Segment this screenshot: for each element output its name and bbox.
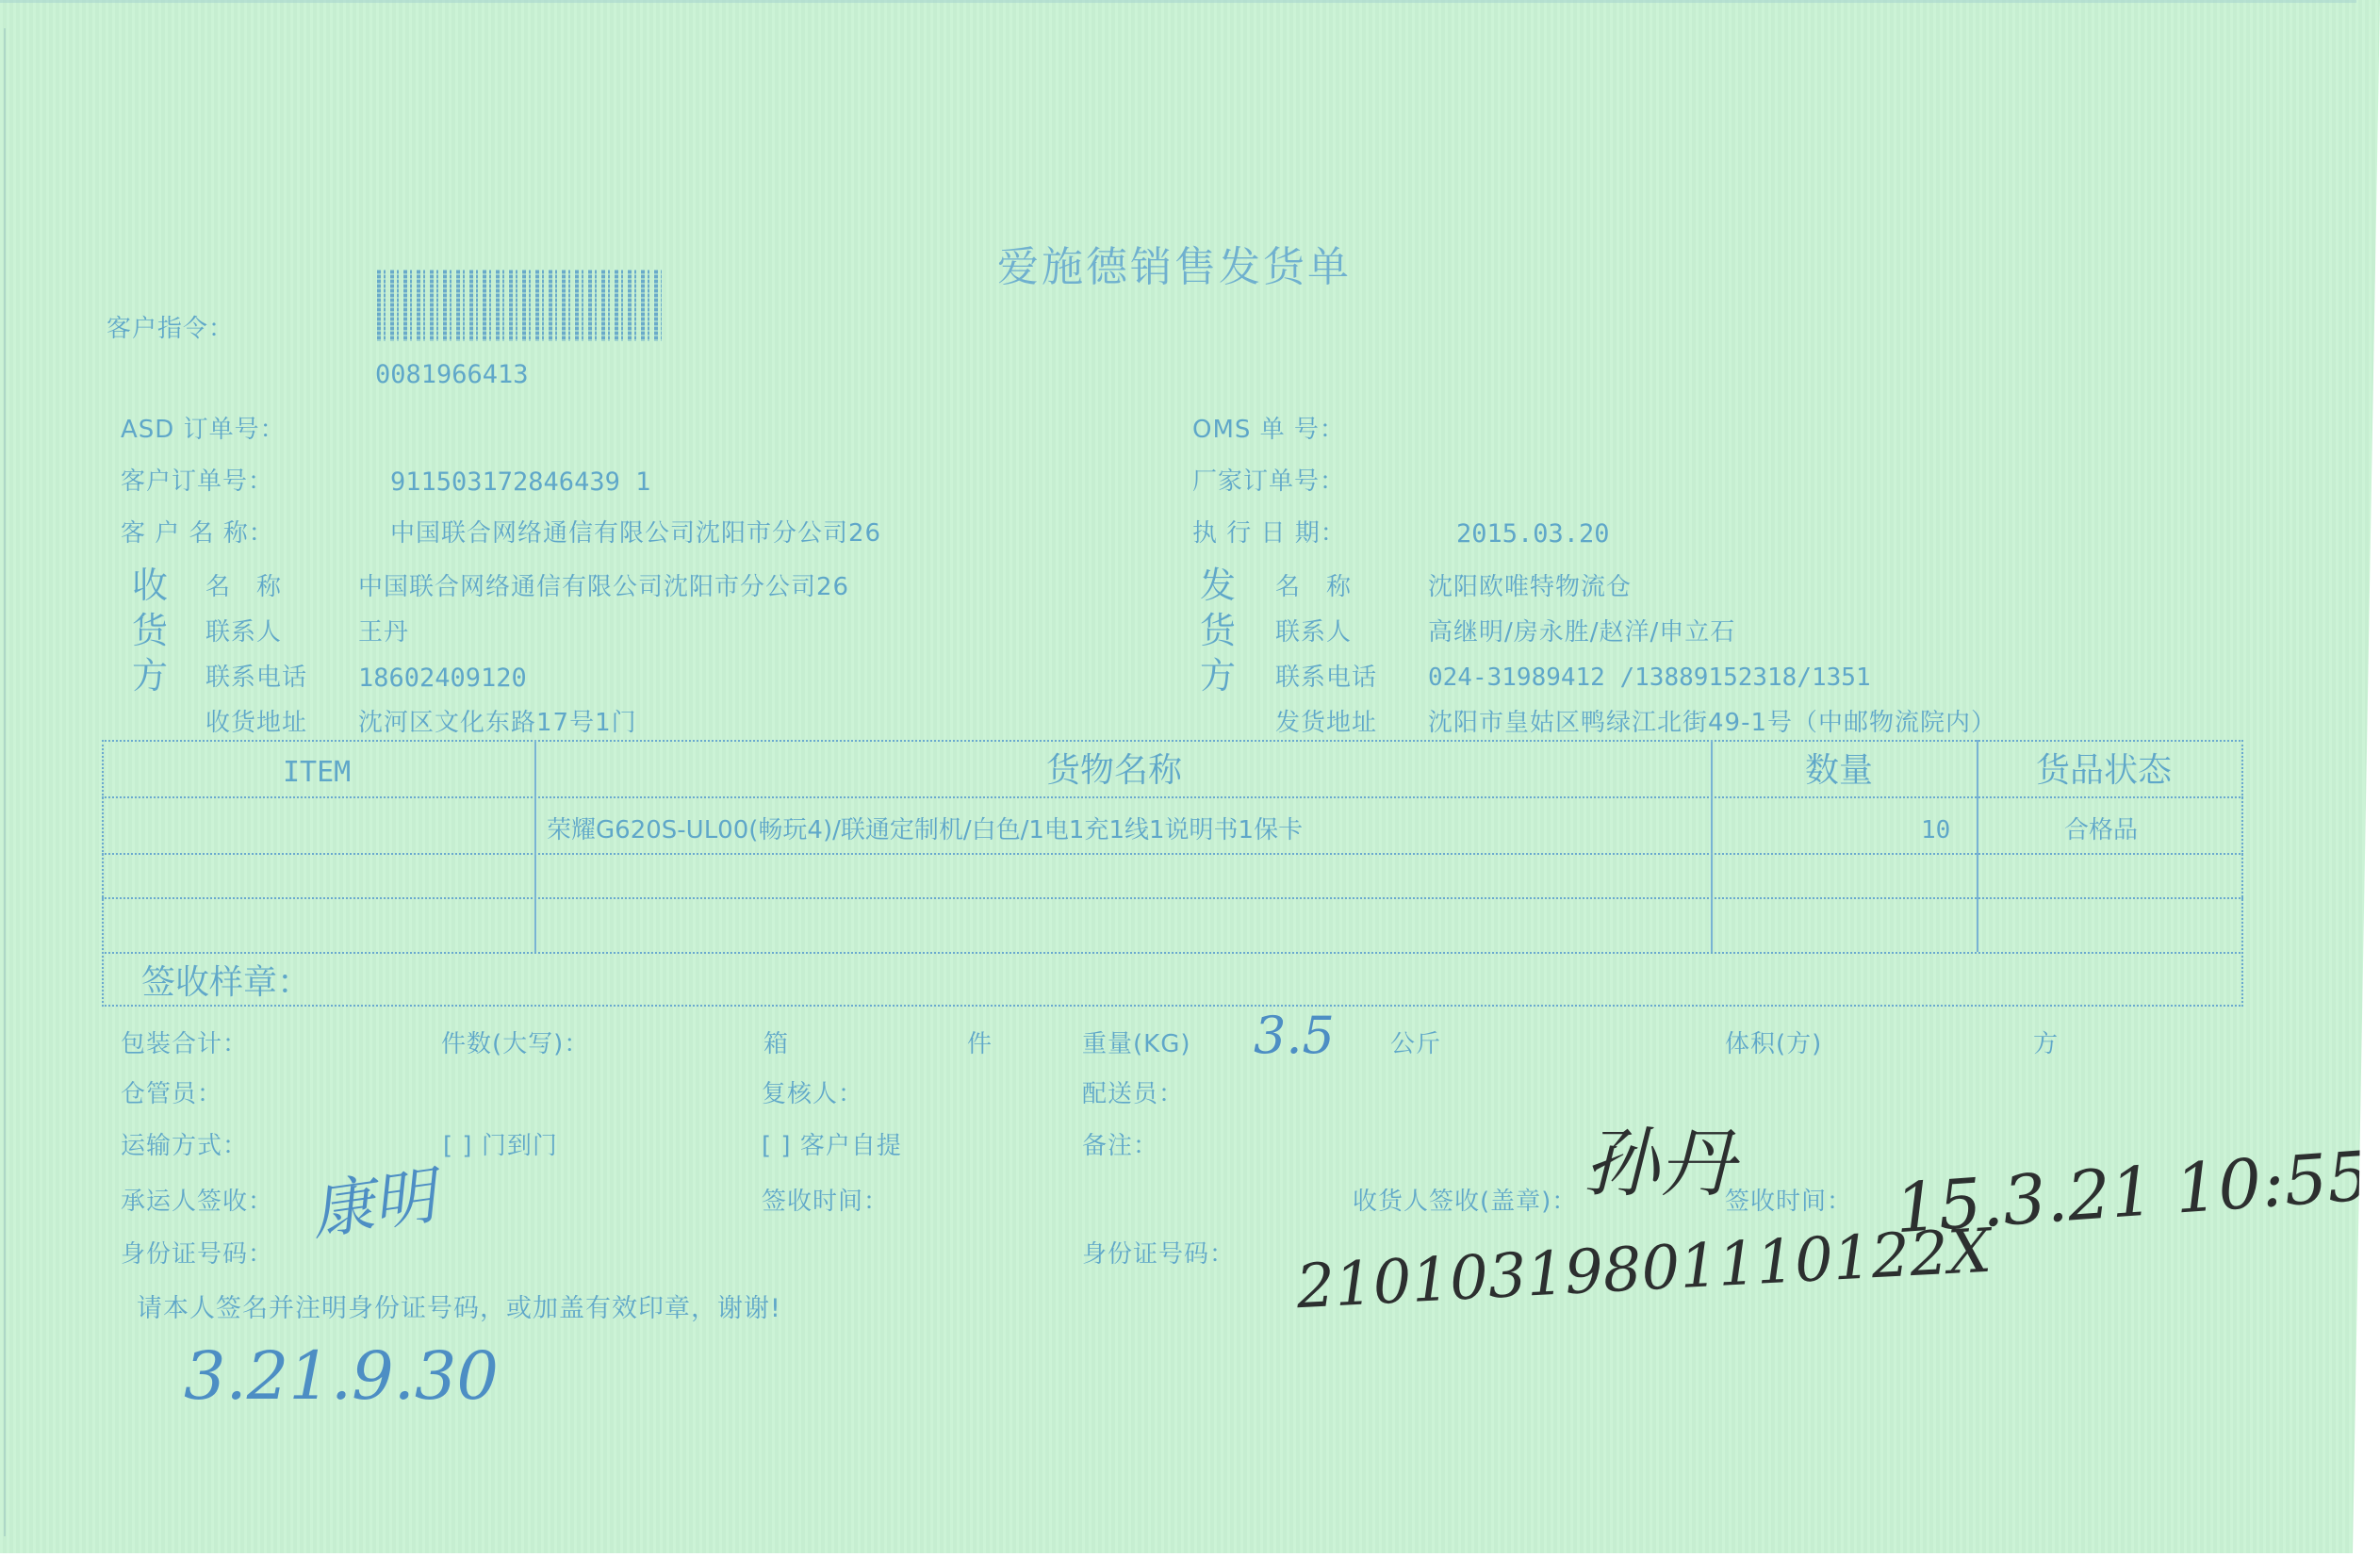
status-cell: 合格品 [2064,818,2138,843]
sender-side-char: 货 [1200,613,1237,648]
table-col-rule [1977,740,1978,952]
receiver-id-label: 身份证号码： [1082,1242,1235,1267]
sender-side-char: 方 [1200,658,1237,694]
reviewer-label: 复核人： [762,1082,863,1106]
carrier-sign-label: 承运人签收： [121,1189,273,1214]
sender-name-label: 名 称 [1275,575,1352,599]
table-col-rule [534,740,536,952]
warehouse-keeper-label: 仓管员： [121,1082,222,1106]
transport-option-self-pickup[interactable]: [ ] 客户自提 [762,1134,902,1158]
sender-contact-label: 联系人 [1275,620,1352,645]
customer-name-label: 客 户 名 称： [121,521,274,546]
sender-phone-value: 024-31989412 /13889152318/1351 [1428,665,1871,690]
box-label: 箱 [763,1032,789,1057]
table-rule [102,853,2243,855]
pieces-upper-label: 件数(大写)： [441,1032,589,1057]
sender-side-char: 发 [1200,567,1237,603]
table-rule [102,897,2243,899]
receiver-phone-label: 联系电话 [205,665,307,690]
transport-option-door-to-door[interactable]: [ ] 门到门 [443,1134,558,1158]
customer-order-label: 客户订单号： [121,469,273,494]
receiver-name-value: 中国联合网络通信有限公司沈阳市分公司26 [358,575,849,599]
paper-edge [0,0,2356,3]
package-total-label: 包装合计： [121,1032,248,1057]
customer-name-value: 中国联合网络通信有限公司沈阳市分公司26 [390,521,881,546]
sender-name-value: 沈阳欧唯特物流仓 [1428,575,1632,599]
carrier-time-label: 签收时间： [762,1189,889,1214]
sender-contact-value: 高继明/房永胜/赵洋/申立石 [1428,620,1735,645]
receiver-side-char: 方 [132,658,169,694]
receiver-side-char: 货 [132,613,169,648]
receiver-address-value: 沈河区文化东路17号1门 [358,711,637,735]
table-rule [102,952,2243,954]
carrier-signature: 康明 [307,1165,439,1244]
weight-label: 重量(KG) [1082,1032,1191,1057]
receiver-side-char: 收 [132,567,169,603]
table-header-status: 货品状态 [2036,754,2172,788]
barcode-icon [377,270,662,341]
table-col-rule [1711,740,1713,952]
receiver-id-handwritten: 21010319801110122X [1295,1221,1993,1319]
customer-instruction-label: 客户指令： [107,317,234,341]
delivery-person-label: 配送员： [1082,1082,1184,1106]
receiver-contact-label: 联系人 [205,620,282,645]
receiver-sign-label: 收货人签收(盖章)： [1353,1189,1577,1214]
carrier-id-label: 身份证号码： [121,1242,273,1267]
weight-unit: 公斤 [1390,1032,1441,1057]
table-rule [102,796,2243,798]
sender-phone-label: 联系电话 [1275,665,1377,690]
weight-handwritten-value: 3.5 [1254,1010,1335,1061]
paper-edge [4,28,6,1536]
receiver-phone-value: 18602409120 [358,665,527,691]
factory-order-label: 厂家订单号： [1192,469,1345,494]
sender-address-label: 发货地址 [1275,711,1377,735]
handwritten-note: 3.21.9.30 [184,1343,499,1409]
sign-stamp-label: 签收样章： [141,966,311,1000]
table-header-item: ITEM [283,759,351,787]
exec-date-label: 执 行 日 期： [1192,521,1346,546]
receiver-signature: 孙丹 [1584,1126,1734,1202]
receiver-name-label: 名 称 [205,575,282,599]
receiver-contact-value: 王丹 [358,620,409,645]
remarks-label: 备注： [1082,1134,1158,1158]
volume-unit: 方 [2033,1032,2059,1057]
receiver-time-label: 签收时间： [1725,1189,1852,1214]
transport-label: 运输方式： [121,1134,248,1158]
oms-order-label: OMS 单 号： [1192,418,1345,442]
sender-address-value: 沈阳市皇姑区鸭绿江北街49-1号（中邮物流院内） [1428,711,1996,735]
goods-name-cell: 荣耀G620S-UL00(畅玩4)/联通定制机/白色/1电1充1线1说明书1保卡 [547,818,1303,843]
asd-order-label: ASD 订单号： [121,418,286,442]
customer-instruction-value: 0081966413 [375,362,529,387]
receiver-address-label: 收货地址 [205,711,307,735]
volume-label: 体积(方) [1725,1032,1822,1057]
exec-date-value: 2015.03.20 [1456,521,1610,547]
piece-label: 件 [967,1032,993,1057]
document-title: 爱施德销售发货单 [997,247,1352,288]
table-header-quantity: 数量 [1805,754,1873,788]
quantity-cell: 10 [1921,818,1950,843]
table-header-goods-name: 货物名称 [1046,754,1182,788]
customer-order-value: 911503172846439 1 [390,469,650,495]
signature-notice: 请本人签名并注明身份证号码，或加盖有效印章，谢谢! [137,1296,781,1321]
delivery-note-paper: 爱施德销售发货单 客户指令： 0081966413 ASD 订单号： 客户订单号… [0,0,2380,1557]
